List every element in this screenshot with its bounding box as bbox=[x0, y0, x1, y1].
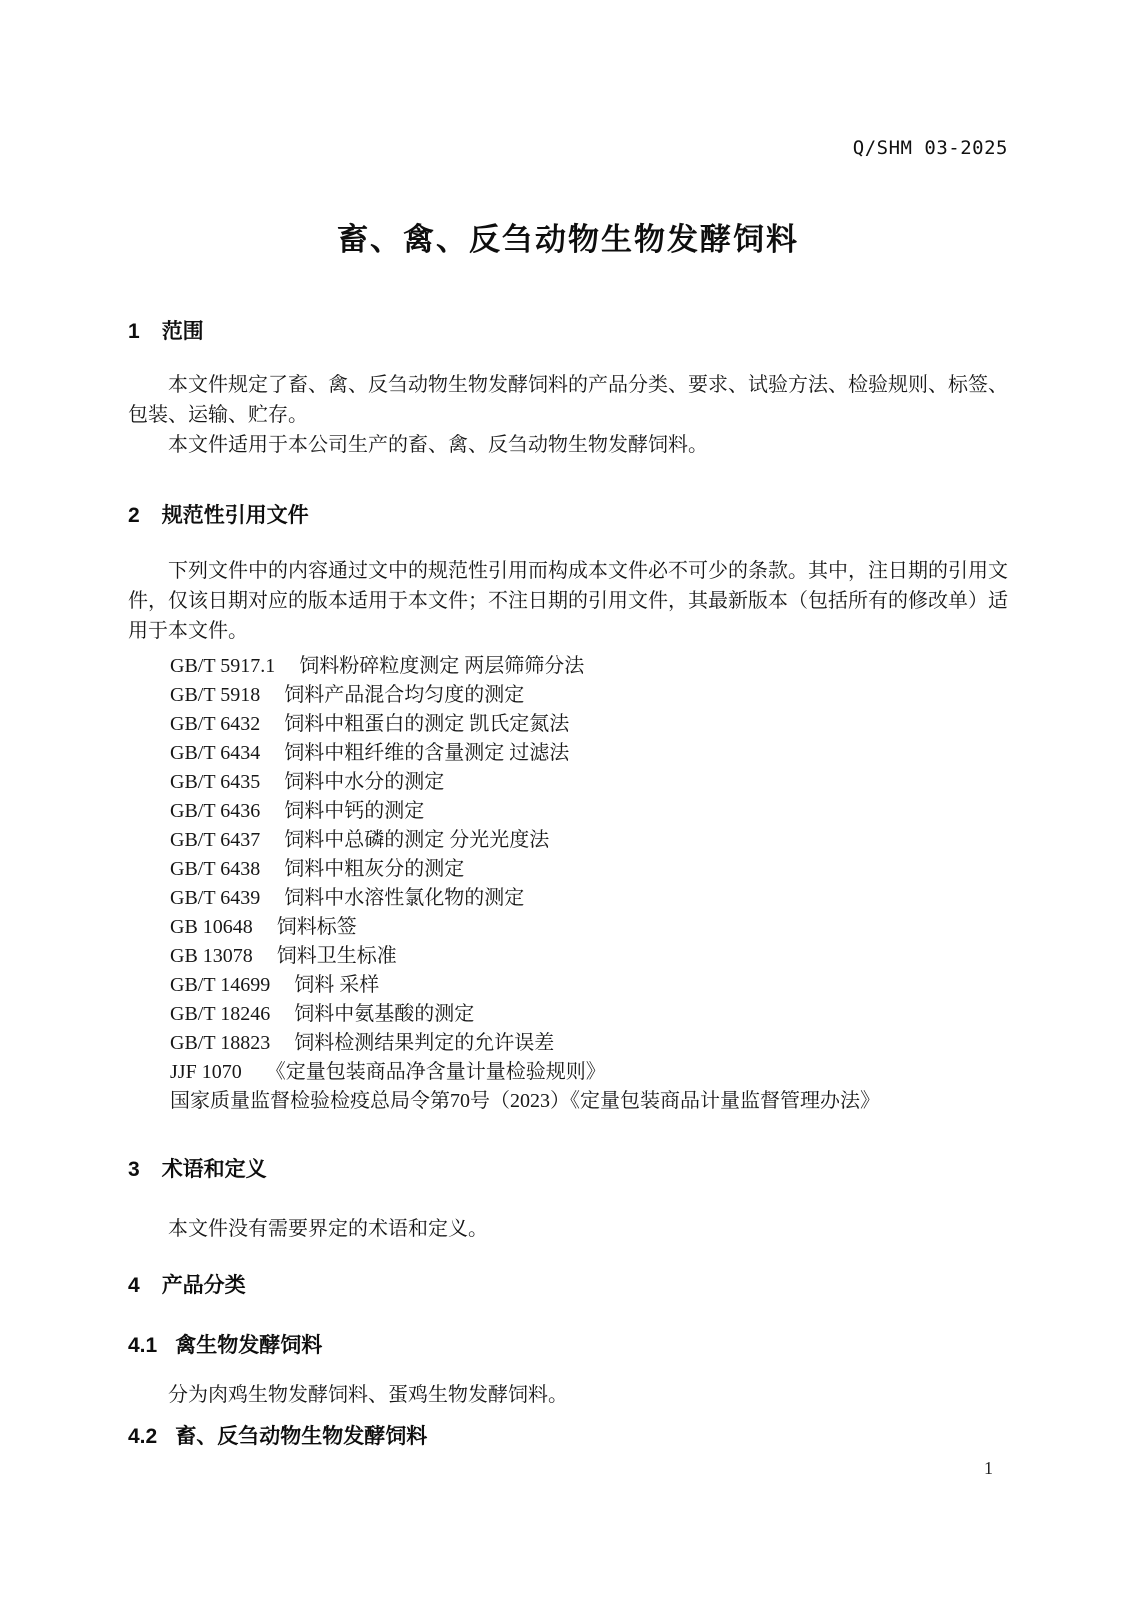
reference-item: GB/T 14699饲料 采样 bbox=[170, 971, 1008, 1000]
reference-list: GB/T 5917.1饲料粉碎粒度测定 两层筛筛分法 GB/T 5918饲料产品… bbox=[170, 652, 1008, 1116]
reference-item: GB/T 6432饲料中粗蛋白的测定 凯氏定氮法 bbox=[170, 710, 1008, 739]
section-number: 2 bbox=[128, 502, 140, 530]
reference-item: GB/T 6437饲料中总磷的测定 分光光度法 bbox=[170, 826, 1008, 855]
reference-code: GB 10648 bbox=[170, 913, 253, 942]
reference-item: GB 13078饲料卫生标准 bbox=[170, 942, 1008, 971]
references-intro-paragraph: 下列文件中的内容通过文中的规范性引用而构成本文件必不可少的条款。其中，注日期的引… bbox=[128, 556, 1008, 646]
section-number: 4 bbox=[128, 1272, 140, 1300]
reference-title: 饲料粉碎粒度测定 两层筛筛分法 bbox=[299, 655, 584, 677]
section-number: 4.2 bbox=[128, 1423, 157, 1451]
reference-item: GB 10648饲料标签 bbox=[170, 913, 1008, 942]
reference-code: GB/T 18246 bbox=[170, 1000, 270, 1029]
section-number: 4.1 bbox=[128, 1332, 157, 1360]
reference-code: GB/T 5918 bbox=[170, 681, 260, 710]
reference-item: JJF 1070《定量包装商品净含量计量检验规则》 bbox=[170, 1058, 1008, 1087]
reference-title: 饲料中粗纤维的含量测定 过滤法 bbox=[284, 742, 569, 764]
reference-title: 饲料中粗灰分的测定 bbox=[284, 858, 464, 880]
section-heading-scope: 1范围 bbox=[128, 318, 1008, 346]
reference-code: JJF 1070 bbox=[170, 1058, 242, 1087]
scope-paragraph-1: 本文件规定了畜、禽、反刍动物生物发酵饲料的产品分类、要求、试验方法、检验规则、标… bbox=[128, 370, 1008, 430]
section-title: 术语和定义 bbox=[162, 1158, 267, 1181]
reference-item: GB/T 18246饲料中氨基酸的测定 bbox=[170, 1000, 1008, 1029]
section-title: 规范性引用文件 bbox=[162, 504, 309, 527]
reference-item: 国家质量监督检验检疫总局令第70号（2023）《定量包装商品计量监督管理办法》 bbox=[170, 1087, 1008, 1116]
reference-item: GB/T 5917.1饲料粉碎粒度测定 两层筛筛分法 bbox=[170, 652, 1008, 681]
section-title: 产品分类 bbox=[162, 1274, 246, 1297]
reference-title: 饲料中总磷的测定 分光光度法 bbox=[284, 829, 549, 851]
reference-code: GB/T 6439 bbox=[170, 884, 260, 913]
reference-title: 饲料卫生标准 bbox=[277, 945, 397, 967]
document-content: 畜、禽、反刍动物生物发酵饲料 1范围 本文件规定了畜、禽、反刍动物生物发酵饲料的… bbox=[128, 0, 1008, 1451]
section-title: 范围 bbox=[162, 320, 204, 343]
scope-paragraph-2: 本文件适用于本公司生产的畜、禽、反刍动物生物发酵饲料。 bbox=[128, 430, 1008, 460]
reference-title: 饲料中水分的测定 bbox=[284, 771, 444, 793]
reference-title: 饲料产品混合均匀度的测定 bbox=[284, 684, 524, 706]
reference-code: GB/T 18823 bbox=[170, 1029, 270, 1058]
subsection-heading-livestock-ruminant-feed: 4.2畜、反刍动物生物发酵饲料 bbox=[128, 1423, 1008, 1451]
reference-code: GB/T 6432 bbox=[170, 710, 260, 739]
section-title: 畜、反刍动物生物发酵饲料 bbox=[175, 1425, 427, 1448]
reference-code: GB/T 6434 bbox=[170, 739, 260, 768]
reference-title: 《定量包装商品净含量计量检验规则》 bbox=[266, 1061, 606, 1083]
reference-title: 饲料中水溶性氯化物的测定 bbox=[284, 887, 524, 909]
reference-title: 饲料 采样 bbox=[294, 974, 379, 996]
reference-item: GB/T 6438饲料中粗灰分的测定 bbox=[170, 855, 1008, 884]
reference-item: GB/T 5918饲料产品混合均匀度的测定 bbox=[170, 681, 1008, 710]
reference-item: GB/T 6439饲料中水溶性氯化物的测定 bbox=[170, 884, 1008, 913]
reference-title: 饲料中粗蛋白的测定 凯氏定氮法 bbox=[284, 713, 569, 735]
document-page: Q/SHM 03-2025 畜、禽、反刍动物生物发酵饲料 1范围 本文件规定了畜… bbox=[0, 0, 1131, 1600]
reference-title: 饲料中钙的测定 bbox=[284, 800, 424, 822]
section-heading-classification: 4产品分类 bbox=[128, 1272, 1008, 1300]
reference-item: GB/T 6436饲料中钙的测定 bbox=[170, 797, 1008, 826]
reference-title: 饲料标签 bbox=[277, 916, 357, 938]
subsection-heading-poultry-feed: 4.1禽生物发酵饲料 bbox=[128, 1332, 1008, 1360]
section-number: 1 bbox=[128, 318, 140, 346]
reference-item: GB/T 18823饲料检测结果判定的允许误差 bbox=[170, 1029, 1008, 1058]
section-heading-terms: 3术语和定义 bbox=[128, 1156, 1008, 1184]
reference-item: GB/T 6434饲料中粗纤维的含量测定 过滤法 bbox=[170, 739, 1008, 768]
reference-code: GB/T 6437 bbox=[170, 826, 260, 855]
section-title: 禽生物发酵饲料 bbox=[175, 1334, 322, 1357]
reference-code: GB 13078 bbox=[170, 942, 253, 971]
reference-code: GB/T 6436 bbox=[170, 797, 260, 826]
reference-title: 国家质量监督检验检疫总局令第70号（2023）《定量包装商品计量监督管理办法》 bbox=[170, 1090, 880, 1112]
terms-paragraph: 本文件没有需要界定的术语和定义。 bbox=[128, 1214, 1008, 1244]
document-title: 畜、禽、反刍动物生物发酵饲料 bbox=[128, 220, 1008, 260]
section-number: 3 bbox=[128, 1156, 140, 1184]
reference-item: GB/T 6435饲料中水分的测定 bbox=[170, 768, 1008, 797]
reference-code: GB/T 14699 bbox=[170, 971, 270, 1000]
reference-code: GB/T 5917.1 bbox=[170, 652, 275, 681]
reference-title: 饲料检测结果判定的允许误差 bbox=[294, 1032, 554, 1054]
reference-title: 饲料中氨基酸的测定 bbox=[294, 1003, 474, 1025]
reference-code: GB/T 6438 bbox=[170, 855, 260, 884]
page-number: 1 bbox=[984, 1458, 993, 1479]
section-heading-normative-references: 2规范性引用文件 bbox=[128, 502, 1008, 530]
reference-code: GB/T 6435 bbox=[170, 768, 260, 797]
poultry-feed-paragraph: 分为肉鸡生物发酵饲料、蛋鸡生物发酵饲料。 bbox=[128, 1380, 1008, 1410]
